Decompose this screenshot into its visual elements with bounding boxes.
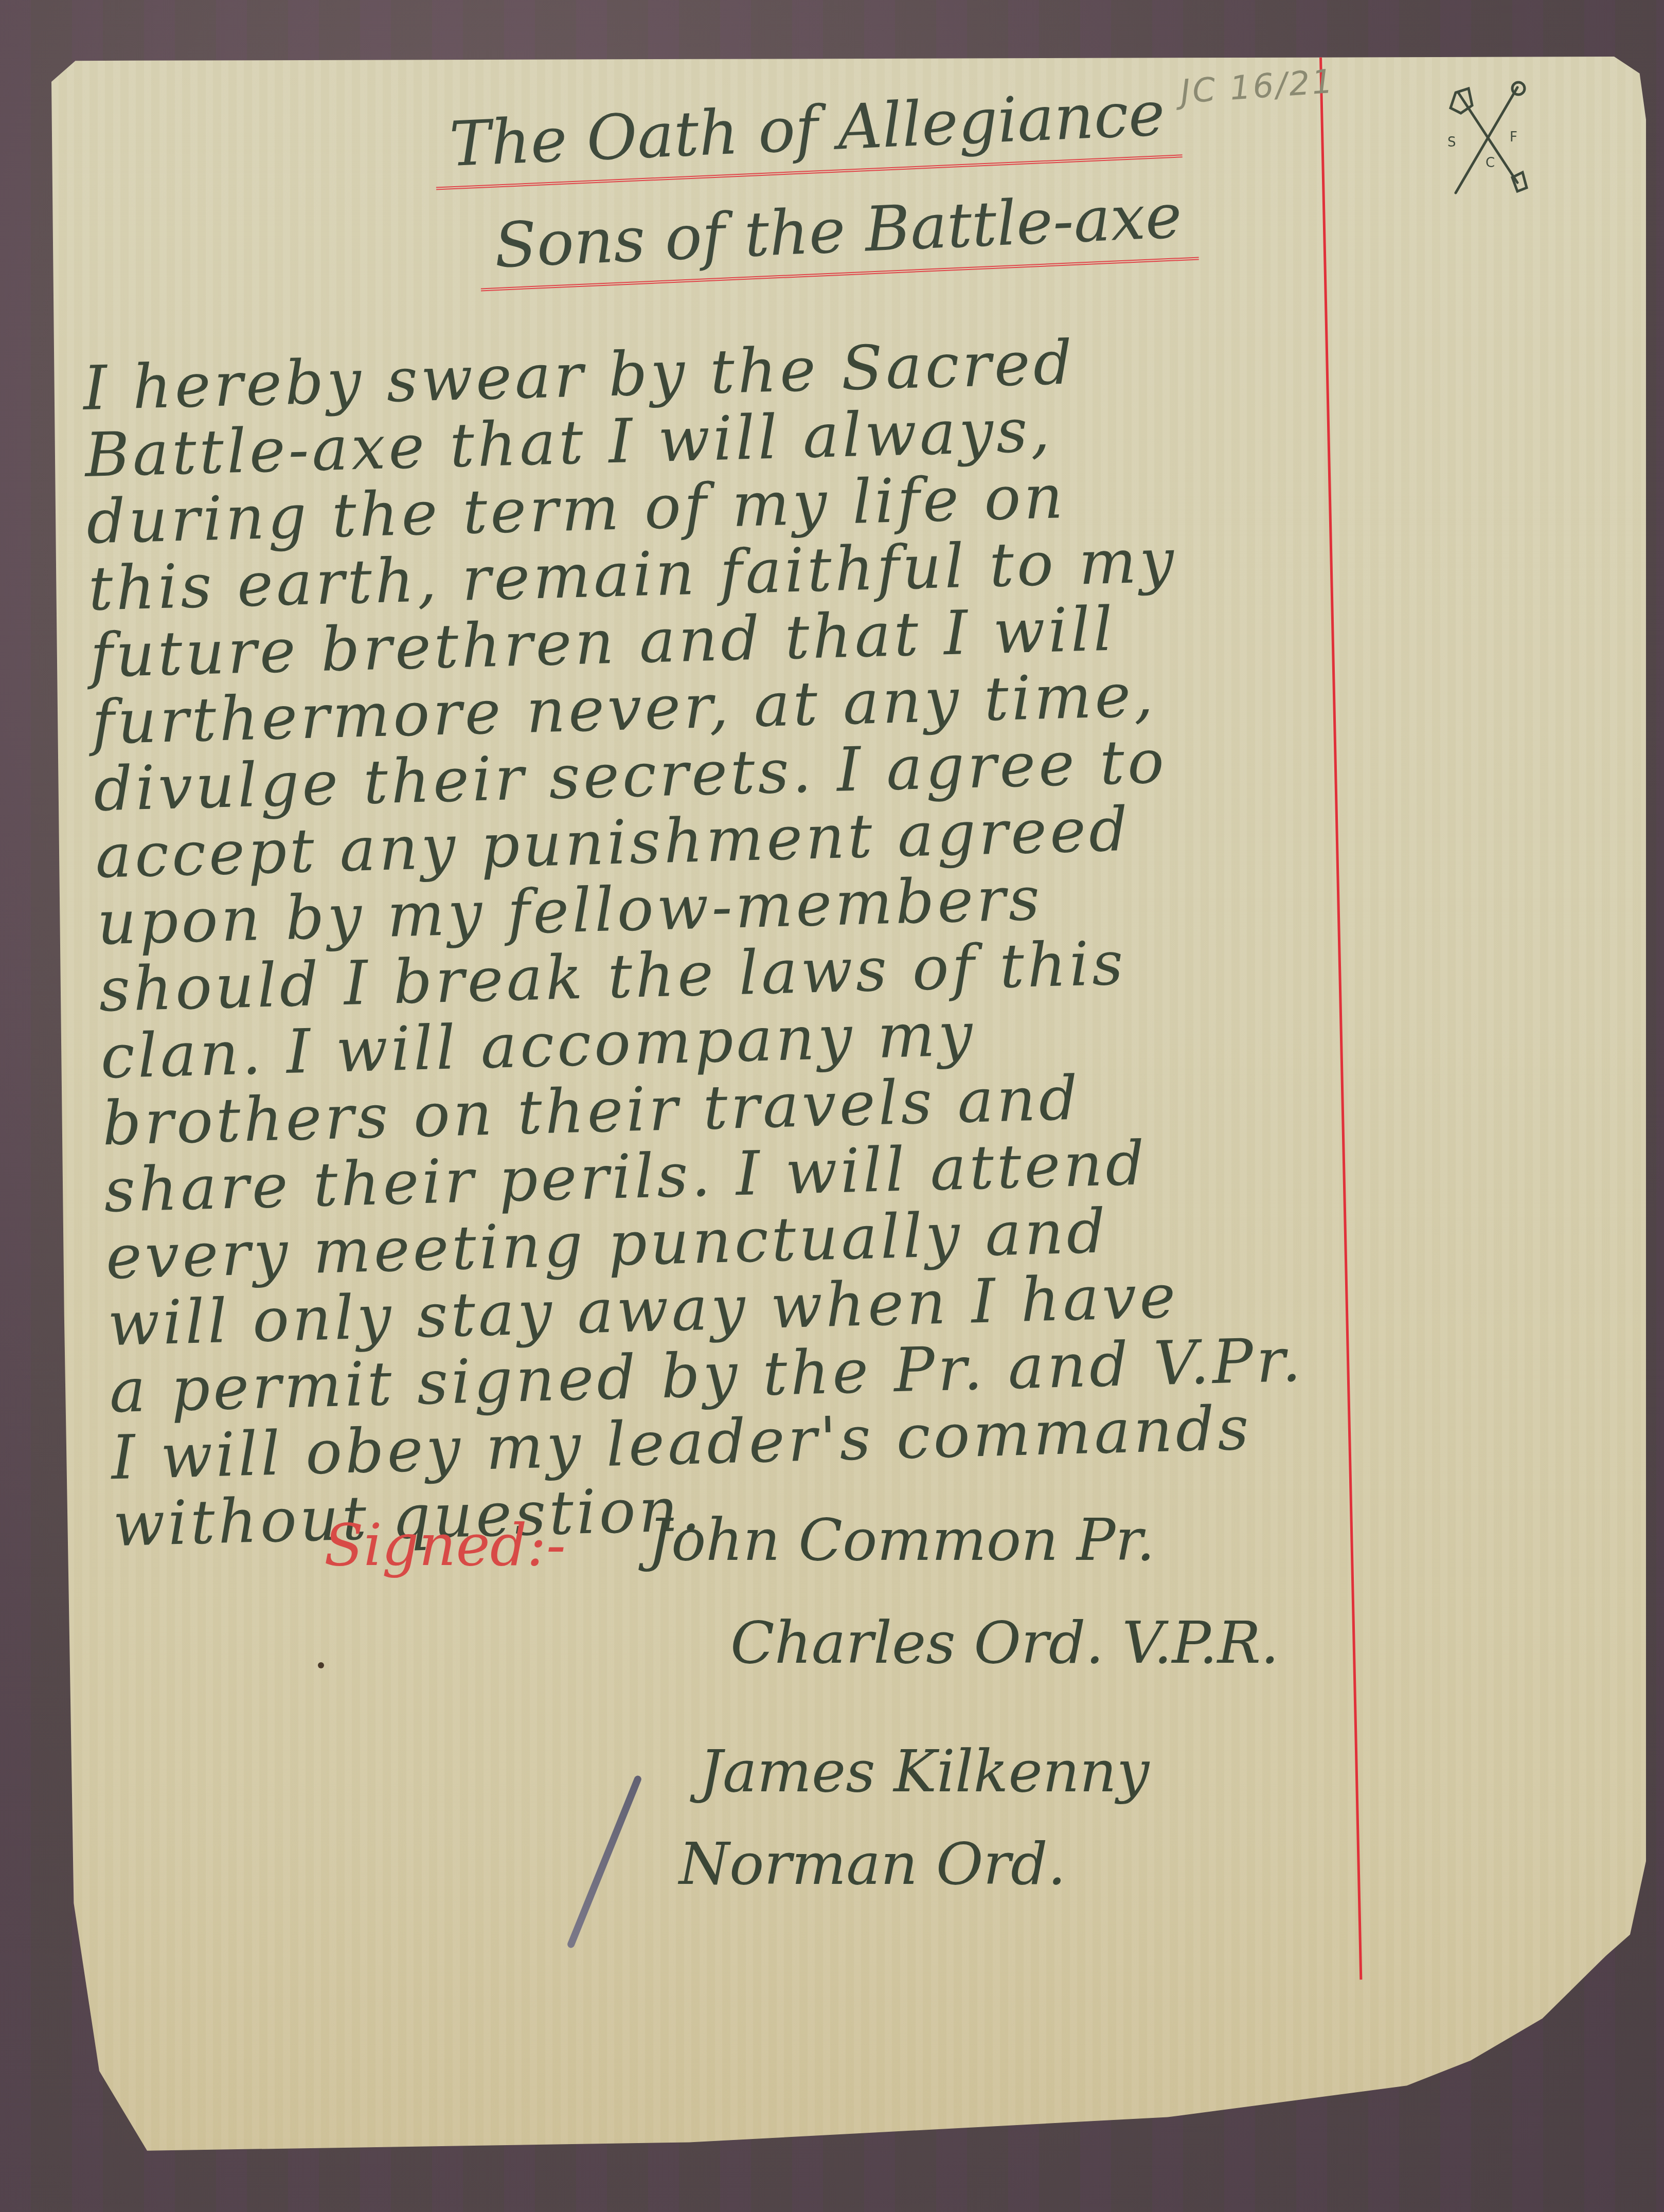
signature-james-kilkenny: James Kilkenny [700,1738,1149,1805]
signature-norman-ord: Norman Ord. [679,1831,1066,1898]
emblem-letter-c: C [1486,155,1495,171]
oath-body: I hereby swear by the Sacred Battle-axe … [82,321,1399,1558]
emblem-letter-f: F [1510,130,1517,145]
ink-dot [318,1662,324,1668]
emblem-letter-s: S [1447,135,1456,150]
signature-john-common: John Common Pr. [648,1507,1155,1574]
signature-charles-ord: Charles Ord. V.P.R. [730,1610,1279,1677]
title-oath-of-allegiance: The Oath of Allegiance [433,76,1182,190]
signed-label: Signed:- [324,1512,566,1579]
title-block: The Oath of Allegiance Sons of the Battl… [319,93,1296,276]
subtitle-sons-of-the-battle-axe: Sons of the Battle-axe [478,179,1200,292]
crossed-battle-axe-and-sword-icon: S F C [1440,77,1533,201]
signature-block: Signed:- John Common Pr. Charles Ord. V.… [309,1502,1492,1965]
